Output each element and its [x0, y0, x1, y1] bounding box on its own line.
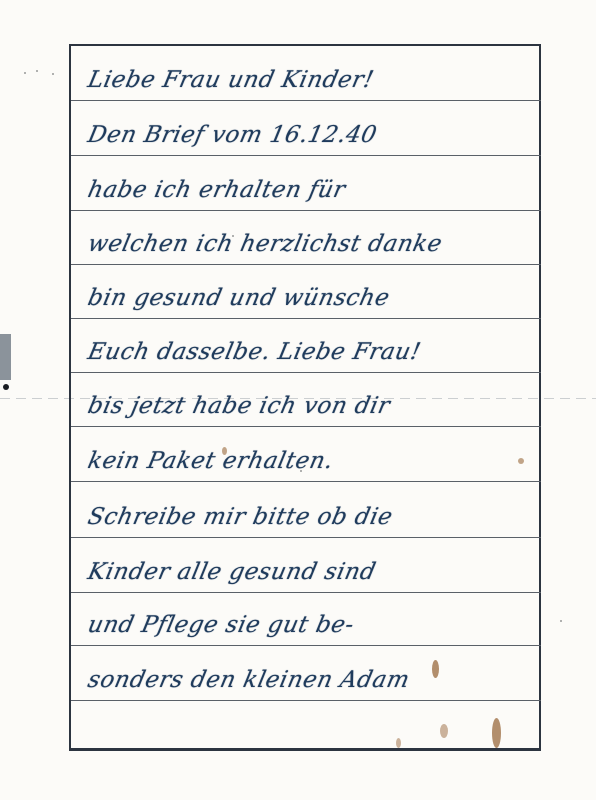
- ruled-line: [71, 537, 541, 538]
- letter-line: bin gesund und wünsche: [84, 278, 548, 318]
- rust-stain: [440, 724, 448, 738]
- speck: [232, 235, 234, 237]
- ruled-line: [71, 700, 541, 701]
- rust-stain: [432, 660, 439, 678]
- letter-line: habe ich erhalten für: [84, 170, 548, 210]
- edge-tape-mark: [0, 334, 11, 380]
- ruled-line: [71, 426, 541, 427]
- rust-stain: [492, 718, 501, 748]
- letter-line: welchen ich herzlichst danke: [84, 224, 548, 264]
- rust-stain: [222, 447, 227, 455]
- ruled-line: [71, 210, 541, 211]
- letter-line-salutation: Liebe Frau und Kinder!: [84, 60, 548, 100]
- ruled-line: [71, 592, 541, 593]
- letter-line: sonders den kleinen Adam: [84, 660, 548, 700]
- rust-stain: [396, 738, 401, 748]
- rust-stain: [518, 458, 524, 464]
- letter-line: Euch dasselbe. Liebe Frau!: [84, 332, 548, 372]
- speck: [300, 470, 302, 472]
- letter-line: Kinder alle gesund sind: [84, 552, 548, 592]
- ruled-line: [71, 318, 541, 319]
- ruled-line: [71, 645, 541, 646]
- letter-line: kein Paket erhalten.: [84, 441, 548, 481]
- letter-line: Schreibe mir bitte ob die: [84, 497, 548, 537]
- ruled-line: [71, 155, 541, 156]
- speck: [52, 73, 54, 75]
- letter-line: Den Brief vom 16.12.40: [84, 115, 548, 155]
- letter-page: Liebe Frau und Kinder! Den Brief vom 16.…: [0, 0, 596, 800]
- speck: [560, 620, 562, 622]
- ruled-line: [71, 264, 541, 265]
- letter-line: bis jetzt habe ich von dir: [84, 386, 548, 426]
- letter-line: und Pflege sie gut be-: [84, 605, 548, 645]
- speck: [36, 70, 38, 72]
- ruled-line: [71, 481, 541, 482]
- speck: [24, 72, 26, 74]
- edge-ink-dot: [3, 384, 9, 390]
- ruled-line: [71, 372, 541, 373]
- ruled-line: [71, 100, 541, 101]
